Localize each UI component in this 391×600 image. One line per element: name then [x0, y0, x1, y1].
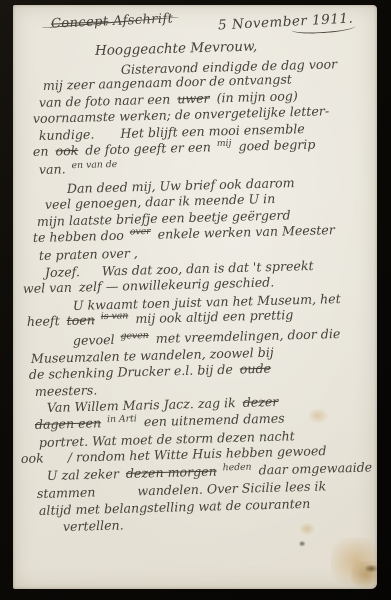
annotation-struck-word: Concept [51, 14, 109, 31]
struck-text: toen [66, 312, 95, 328]
inserted-text: en van de [71, 159, 117, 171]
handwritten-text: enkele werken van Meester [157, 222, 334, 242]
date-flourish [291, 21, 355, 34]
handwritten-text: te praten over , [39, 246, 138, 264]
handwritten-text: stammen [37, 485, 96, 502]
struck-text: ook [55, 143, 78, 159]
handwritten-text: daar omgewaaide [258, 459, 372, 477]
handwritten-text: goed begrip [238, 137, 315, 154]
paper-stain [351, 561, 377, 589]
letter-header: Concept Afschrift 5 November 1911. [13, 5, 377, 30]
struck-text: over [130, 226, 151, 238]
handwritten-text: te hebben doo [33, 228, 124, 245]
inserted-text: in Arti [107, 413, 137, 425]
struck-text: uwer [177, 90, 210, 106]
handwritten-text: een uitnemend dames [144, 410, 285, 429]
handwritten-text: wel van [23, 280, 72, 296]
handwriting-gap [101, 137, 113, 138]
handwritten-text: vertellen. [63, 517, 124, 534]
struck-text: dagen een [35, 415, 102, 432]
inserted-text: mij [217, 138, 232, 149]
paper-stain [331, 538, 377, 589]
struck-text: geven [120, 330, 148, 342]
handwritten-text: meesters. [35, 382, 98, 399]
struck-text: dezen morgen [126, 463, 217, 480]
handwritten-text: en [33, 144, 49, 159]
handwriting-gap [103, 495, 131, 497]
handwritten-text: ook [21, 451, 44, 467]
annotation-word: Afschrift [113, 11, 174, 29]
struck-text: is van [101, 310, 129, 322]
paper-stain [299, 541, 306, 547]
handwriting-gap [51, 461, 61, 462]
scan-background: Concept Afschrift 5 November 1911. Hoogg… [0, 0, 391, 600]
handwriting-gap [87, 275, 95, 276]
struck-text: oude [240, 361, 272, 377]
handwritten-text: gevoel [73, 331, 115, 347]
handwritten-text: met vreemdelingen, door die [156, 326, 341, 346]
handwritten-text: Jozef. [45, 264, 80, 280]
handwritten-text: mij ook altijd een prettig [135, 307, 293, 326]
handwritten-text: kundige. [39, 126, 95, 142]
handwritten-text: U zal zeker [47, 466, 119, 483]
letter-body: Gisteravond eindigde de dag voor mij zee… [13, 60, 377, 535]
handwritten-text: van. [39, 162, 66, 178]
paper-stain [365, 565, 377, 573]
handwritten-text: (in mijn oog) [216, 88, 298, 105]
inserted-text: heden [223, 461, 252, 473]
letter-page: Concept Afschrift 5 November 1911. Hoogg… [13, 5, 377, 589]
handwritten-text: de foto geeft er een [85, 139, 211, 157]
struck-text: dezer [243, 394, 279, 410]
letter-date: 5 November 1911. [217, 10, 353, 33]
handwritten-text: heeft [27, 313, 60, 329]
draft-annotation: Concept Afschrift [51, 11, 174, 31]
